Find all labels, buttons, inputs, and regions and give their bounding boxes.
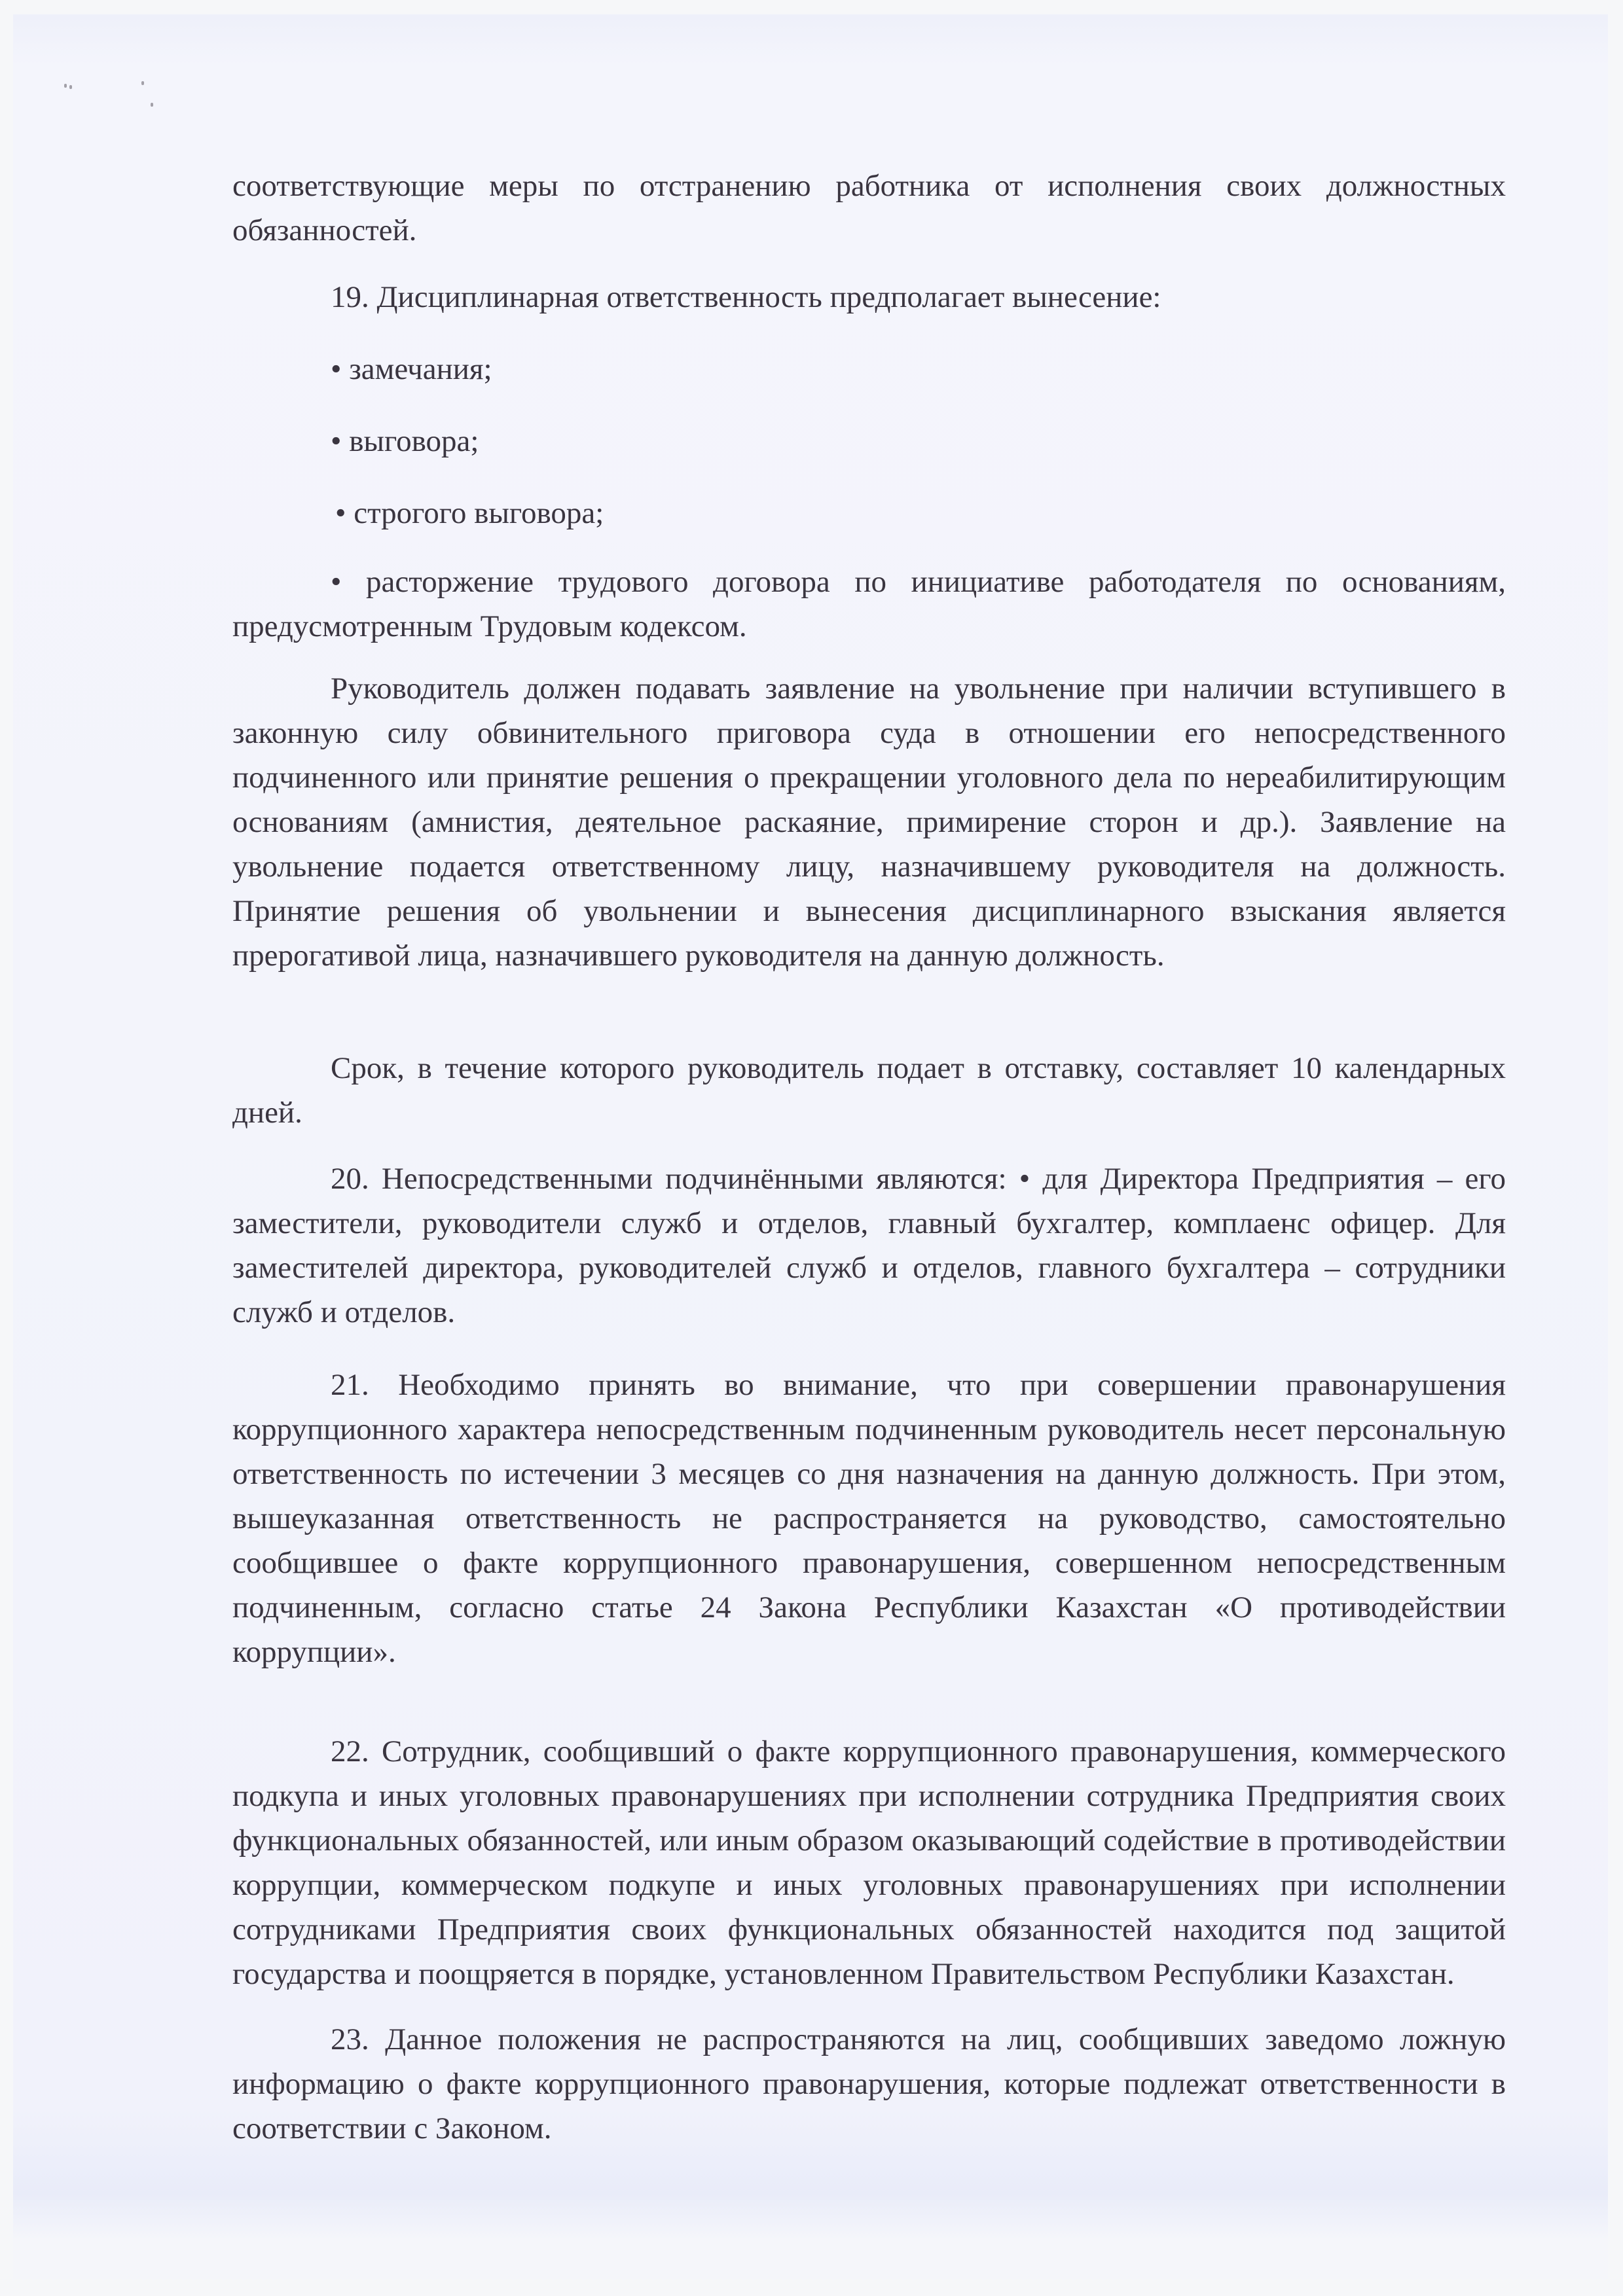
list-item-reprimand: • выговора; [331, 419, 1506, 463]
list-item-termination: • расторжение трудового договора по иниц… [232, 560, 1506, 649]
paragraph-19-heading: 19. Дисциплинарная ответственность предп… [232, 275, 1506, 319]
paragraph-20: 20. Непосредственными подчинёнными являю… [232, 1157, 1506, 1335]
scan-speck [141, 81, 144, 85]
scan-speck [151, 103, 153, 107]
list-item-remark: • замечания; [331, 347, 1506, 391]
paragraph-manager-resignation: Руководитель должен подавать заявление н… [232, 666, 1506, 978]
paragraph-22: 22. Сотрудник, сообщивший о факте корруп… [232, 1729, 1506, 1996]
paragraph-21: 21. Необходимо принять во внимание, что … [232, 1363, 1506, 1674]
paragraph-continuation: соответствующие меры по отстранению рабо… [232, 164, 1506, 253]
scan-speck [64, 84, 67, 88]
list-item-severe-reprimand: • строгого выговора; [335, 491, 1510, 535]
paragraph-resignation-term: Срок, в течение которого руководитель по… [232, 1046, 1506, 1135]
scan-speck [69, 85, 72, 89]
paragraph-23: 23. Данное положения не распространяются… [232, 2017, 1506, 2151]
